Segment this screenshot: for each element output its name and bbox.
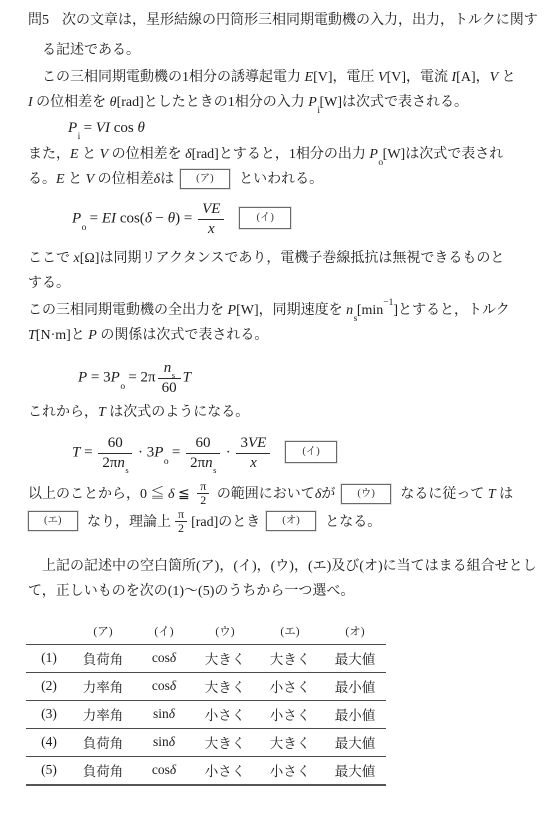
header-empty — [26, 622, 72, 645]
var-E: E — [305, 70, 314, 85]
cell-a: 力率角 — [72, 701, 134, 729]
blank-box-i: (イ) — [239, 207, 291, 229]
cell-no: (2) — [26, 673, 72, 701]
equation-total-power: P = 3Po = 2πns60T — [78, 360, 524, 396]
cell-d: 小さく — [256, 701, 324, 729]
fraction-ns-over-60: ns60 — [158, 360, 181, 396]
cell-c: 大きく — [194, 729, 256, 757]
cell-e: 最大値 — [324, 729, 386, 757]
paragraph-range-line2: (エ) なり，理論上π2[rad]のとき(オ) となる。 — [28, 509, 524, 536]
cell-c: 小さく — [194, 757, 256, 786]
paragraph-output-line2: る。E と V の位相差δは(ア) といわれる。 — [28, 167, 524, 192]
question-statement-line1: 問5次の文章は，星形結線の円筒形三相同期電動機の入力，出力，トルクに関す — [28, 8, 524, 33]
header-blank-o: (オ) — [324, 622, 386, 645]
var-T: T — [28, 328, 36, 343]
cell-b: sinδ — [134, 701, 194, 729]
header-blank-u: (ウ) — [194, 622, 256, 645]
var-P: P — [308, 95, 317, 110]
paragraph-then-line: これから，T は次式のようになる。 — [28, 400, 524, 425]
fraction-pi-over-2: π2 — [197, 480, 209, 507]
options-table-header: (ア) (イ) (ウ) (エ) (オ) — [26, 622, 386, 645]
fraction-ve-over-x: VEx — [198, 201, 224, 237]
cell-e: 最小値 — [324, 701, 386, 729]
cell-e: 最大値 — [324, 757, 386, 786]
cell-no: (4) — [26, 729, 72, 757]
option-row-3: (3) 力率角 sinδ 小さく 小さく 最小値 — [26, 701, 386, 729]
paragraph-range-line1: 以上のことから，0 ≦ δ ≦ π2 の範囲においてδが(ウ) なるに従って T… — [28, 481, 524, 508]
blank-box-a: (ア) — [180, 169, 230, 189]
header-blank-a: (ア) — [72, 622, 134, 645]
paragraph-emf-line2: I の位相差を θ[rad]としたときの1相分の入力 Pi[W]は次式で表される… — [28, 90, 524, 115]
var-V: V — [378, 70, 387, 85]
cell-d: 大きく — [256, 645, 324, 673]
cell-d: 小さく — [256, 757, 324, 786]
cell-c: 大きく — [194, 645, 256, 673]
fraction-60-over-2pins: 602πns — [186, 435, 220, 471]
cell-a: 負荷角 — [72, 645, 134, 673]
instruction-line2: て，正しいものを次の(1)～(5)のうちから一つ選べ。 — [28, 579, 524, 604]
question-number: 問5 — [28, 13, 49, 28]
options-table: (ア) (イ) (ウ) (エ) (オ) (1) 負荷角 cosδ 大きく 大きく… — [26, 622, 386, 786]
cell-a: 負荷角 — [72, 757, 134, 786]
paragraph-torque-line1: この三相同期電動機の全出力を P[W]，同期速度を ns[min−1]とすると，… — [28, 298, 524, 323]
paragraph-reactance-line2: する。 — [28, 271, 524, 296]
cell-e: 最小値 — [324, 673, 386, 701]
cell-no: (3) — [26, 701, 72, 729]
var-V: V — [490, 70, 499, 85]
cell-c: 大きく — [194, 673, 256, 701]
cell-a: 力率角 — [72, 673, 134, 701]
equation-output-power: Po = EI cos(δ − θ) = VEx(イ) — [72, 201, 524, 237]
blank-box-e: (エ) — [28, 511, 78, 531]
cell-no: (1) — [26, 645, 72, 673]
var-theta: θ — [110, 95, 117, 110]
fraction-60-over-2pins: 602πns — [98, 435, 132, 471]
option-row-1: (1) 負荷角 cosδ 大きく 大きく 最大値 — [26, 645, 386, 673]
blank-box-o: (オ) — [266, 511, 316, 531]
option-row-2: (2) 力率角 cosδ 大きく 小さく 最小値 — [26, 673, 386, 701]
cell-b: cosδ — [134, 645, 194, 673]
fraction-pi-over-2: π2 — [175, 508, 187, 535]
cell-b: sinδ — [134, 729, 194, 757]
question-statement-line2: る記述である。 — [42, 38, 524, 63]
cell-no: (5) — [26, 757, 72, 786]
cell-a: 負荷角 — [72, 729, 134, 757]
header-blank-i: (イ) — [134, 622, 194, 645]
equation-input-power: Pi = VI cos θ — [68, 120, 524, 137]
paragraph-emf-line1: この三相同期電動機の1相分の誘導起電力 E[V]，電圧 V[V]，電流 I[A]… — [28, 65, 524, 90]
cell-d: 大きく — [256, 729, 324, 757]
cell-e: 最大値 — [324, 645, 386, 673]
paragraph-output-line1: また，E と V の位相差を δ[rad]とすると，1相分の出力 Po[W]は次… — [28, 142, 524, 167]
intro-text: 次の文章は，星形結線の円筒形三相同期電動機の入力，出力，トルクに関す — [62, 13, 538, 28]
cell-b: cosδ — [134, 757, 194, 786]
instruction-line1: 上記の記述中の空白箇所(ア)，(イ)，(ウ)，(エ)及び(オ)に当てはまる組合せ… — [28, 554, 524, 579]
option-row-5: (5) 負荷角 cosδ 小さく 小さく 最大値 — [26, 757, 386, 786]
blank-box-u: (ウ) — [341, 484, 391, 504]
paragraph-torque-line2: T[N·m]と P の関係は次式で表される。 — [28, 323, 524, 348]
cell-b: cosδ — [134, 673, 194, 701]
cell-c: 小さく — [194, 701, 256, 729]
fraction-3ve-over-x: 3VEx — [236, 435, 270, 471]
cell-d: 小さく — [256, 673, 324, 701]
equation-torque-derived: T = 602πns · 3Po = 602πns · 3VEx(イ) — [72, 435, 524, 471]
blank-box-i: (イ) — [285, 441, 337, 463]
header-blank-e: (エ) — [256, 622, 324, 645]
exam-document: 問5次の文章は，星形結線の円筒形三相同期電動機の入力，出力，トルクに関す る記述… — [0, 0, 548, 819]
option-row-4: (4) 負荷角 sinδ 大きく 大きく 最大値 — [26, 729, 386, 757]
paragraph-reactance-line1: ここで x[Ω]は同期リアクタンスであり，電機子巻線抵抗は無視できるものと — [28, 246, 524, 271]
